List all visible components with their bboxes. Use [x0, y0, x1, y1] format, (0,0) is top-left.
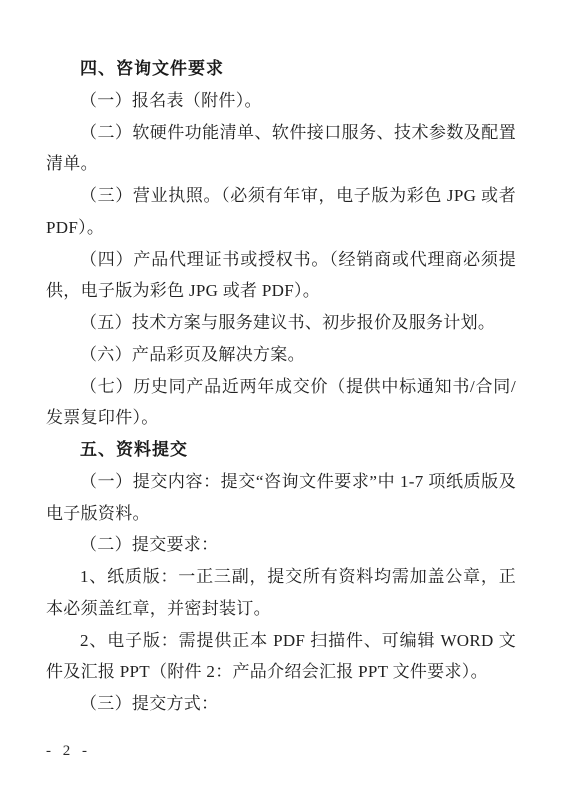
- list-item-electronic-version: 2、电子版：需提供正本 PDF 扫描件、可编辑 WORD 文件及汇报 PPT（附…: [46, 625, 516, 689]
- page-number: - 2 -: [46, 741, 91, 761]
- list-item-historical-prices: （七）历史同产品近两年成交价（提供中标通知书/合同/发票复印件）。: [46, 371, 516, 435]
- list-item-technical-proposal: （五）技术方案与服务建议书、初步报价及服务计划。: [46, 307, 516, 339]
- list-item-product-brochure: （六）产品彩页及解决方案。: [46, 339, 516, 371]
- list-item-submission-requirements: （二）提交要求：: [46, 529, 516, 561]
- section-heading-consultation-requirements: 四、咨询文件要求: [46, 53, 516, 85]
- document-body: 四、咨询文件要求 （一）报名表（附件）。 （二）软硬件功能清单、软件接口服务、技…: [46, 53, 516, 720]
- list-item-registration-form: （一）报名表（附件）。: [46, 85, 516, 117]
- list-item-paper-version: 1、纸质版：一正三副，提交所有资料均需加盖公章，正本必须盖红章，并密封装订。: [46, 561, 516, 625]
- list-item-agency-certificate: （四）产品代理证书或授权书。（经销商或代理商必须提供，电子版为彩色 JPG 或者…: [46, 244, 516, 308]
- list-item-business-license: （三）营业执照。（必须有年审，电子版为彩色 JPG 或者 PDF）。: [46, 180, 516, 244]
- section-heading-material-submission: 五、资料提交: [46, 434, 516, 466]
- list-item-submission-method: （三）提交方式：: [46, 688, 516, 720]
- document-page: 四、咨询文件要求 （一）报名表（附件）。 （二）软硬件功能清单、软件接口服务、技…: [0, 0, 562, 805]
- list-item-submission-content: （一）提交内容：提交“咨询文件要求”中 1-7 项纸质版及电子版资料。: [46, 466, 516, 530]
- list-item-function-list: （二）软硬件功能清单、软件接口服务、技术参数及配置清单。: [46, 117, 516, 181]
